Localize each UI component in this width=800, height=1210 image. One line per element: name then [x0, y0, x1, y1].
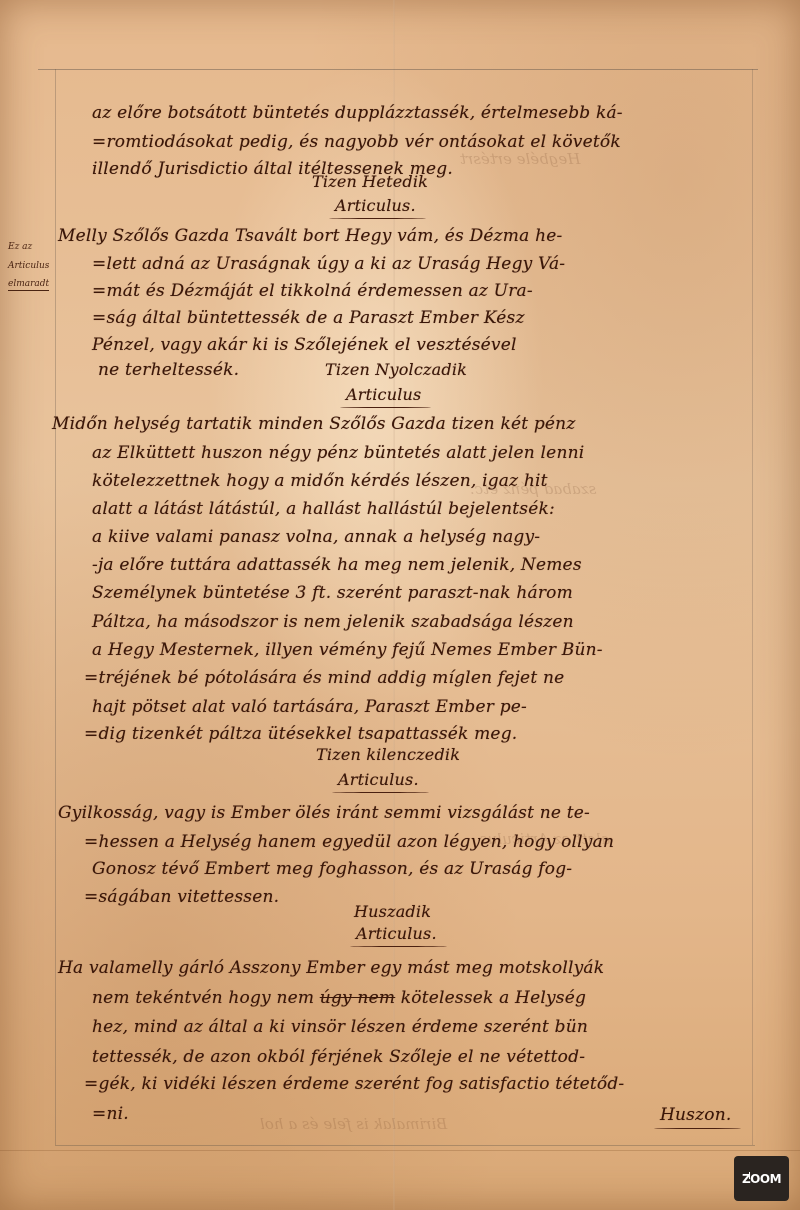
- text-line: -ja előre tuttára adattassék ha meg nem …: [92, 555, 582, 575]
- article-number-19: Tizen kilenczedik: [316, 745, 460, 764]
- text-line: =mát és Dézmáját el tikkolná érdemessen …: [92, 281, 533, 301]
- article-number-18: Tizen Nyolczadik: [325, 360, 467, 379]
- text-line: =ni.: [92, 1104, 129, 1124]
- text-line: Páltza, ha másodszor is nem jelenik szab…: [92, 612, 574, 632]
- margin-note-line: elmaradt: [8, 279, 49, 291]
- text-line: =dig tizenkét páltza ütésekkel tsapattas…: [84, 724, 517, 744]
- text-line: nem tekéntvén hogy nem úgy nem kötelesse…: [92, 988, 586, 1008]
- text-line: Midőn helység tartatik minden Szőlős Gaz…: [52, 414, 575, 434]
- article-heading-20: Articulus.: [356, 924, 437, 943]
- text-line: Ha valamelly gárló Asszony Ember egy más…: [58, 958, 604, 978]
- margin-note-line: Ez az: [8, 242, 49, 253]
- text-line: ne terheltessék.: [98, 360, 239, 380]
- text-line: Pénzel, vagy akár ki is Szőlejének el ve…: [92, 335, 517, 355]
- text-line: tettessék, de azon okból férjének Szőlej…: [92, 1047, 585, 1067]
- text-line: =lett adná az Uraságnak úgy a ki az Uras…: [92, 254, 565, 274]
- margin-note: Ez az Articulus elmaradt: [8, 242, 49, 291]
- margin-note-line: Articulus: [8, 261, 49, 272]
- text-segment: nem tekéntvén hogy nem: [92, 988, 320, 1008]
- text-line: Személynek büntetése 3 ft. szerént paras…: [92, 583, 573, 603]
- article-number-17: Tizen Hetedik: [312, 172, 428, 191]
- text-line: a Hegy Mesternek, illyen vémény fejű Nem…: [92, 640, 603, 660]
- page-fold-horizontal: [0, 1150, 800, 1151]
- ruled-line-left: [55, 69, 56, 1145]
- magnifier-icon: [749, 1172, 750, 1179]
- ruled-line-top: [38, 69, 758, 70]
- text-line: Melly Szőlős Gazda Tsavált bort Hegy vám…: [58, 226, 562, 246]
- zoom-badge[interactable]: ZOOM: [734, 1156, 789, 1201]
- manuscript-page: Hegbéle ertésrt szabad pénz etc. alatt e…: [0, 0, 800, 1210]
- text-line: Gonosz tévő Embert meg foghasson, és az …: [92, 859, 572, 879]
- text-line: =hessen a Helység hanem egyedül azon lég…: [84, 832, 614, 852]
- article-number-20: Huszadik: [354, 902, 431, 921]
- article-heading-18: Articulus: [346, 385, 421, 404]
- text-line: az előre botsátott büntetés dupplázztass…: [92, 103, 623, 123]
- text-line: =ságában vitettessen.: [84, 887, 279, 907]
- struck-text: úgy nem: [320, 988, 395, 1008]
- text-line: hez, mind az által a ki vinsör lészen ér…: [92, 1017, 588, 1037]
- text-line: =gék, ki vidéki lészen érdeme szerént fo…: [84, 1074, 624, 1094]
- text-line: alatt a látást látástúl, a hallást hallá…: [92, 499, 555, 519]
- text-line: az Elküttett huszon négy pénz büntetés a…: [92, 443, 584, 463]
- ruled-line-bottom: [55, 1145, 755, 1146]
- text-line: hajt pötset alat való tartására, Paraszt…: [92, 697, 527, 717]
- text-line: =tréjének bé pótolására és mind addig mí…: [84, 668, 564, 688]
- text-line: =ság által büntettessék de a Paraszt Emb…: [92, 308, 525, 328]
- article-heading-19: Articulus.: [338, 770, 419, 789]
- text-line: =romtiodásokat pedig, és nagyobb vér ont…: [92, 132, 621, 152]
- text-line: Gyilkosság, vagy is Ember ölés iránt sem…: [58, 803, 590, 823]
- text-segment: kötelessek a Helység: [395, 988, 586, 1008]
- ruled-line-right: [752, 69, 753, 1145]
- zoom-label: ZOOM: [742, 1172, 781, 1186]
- bleed-through-text: Hegbéle ertésrt: [460, 150, 580, 168]
- article-heading-17: Articulus.: [335, 196, 416, 215]
- text-line: kötelezzettnek hogy a midőn kérdés lésze…: [92, 471, 548, 491]
- catchword: Huszon.: [660, 1105, 731, 1125]
- bleed-through-text: Birimalak is fele és a hol: [260, 1115, 447, 1133]
- text-line: a kiive valami panasz volna, annak a hel…: [92, 527, 540, 547]
